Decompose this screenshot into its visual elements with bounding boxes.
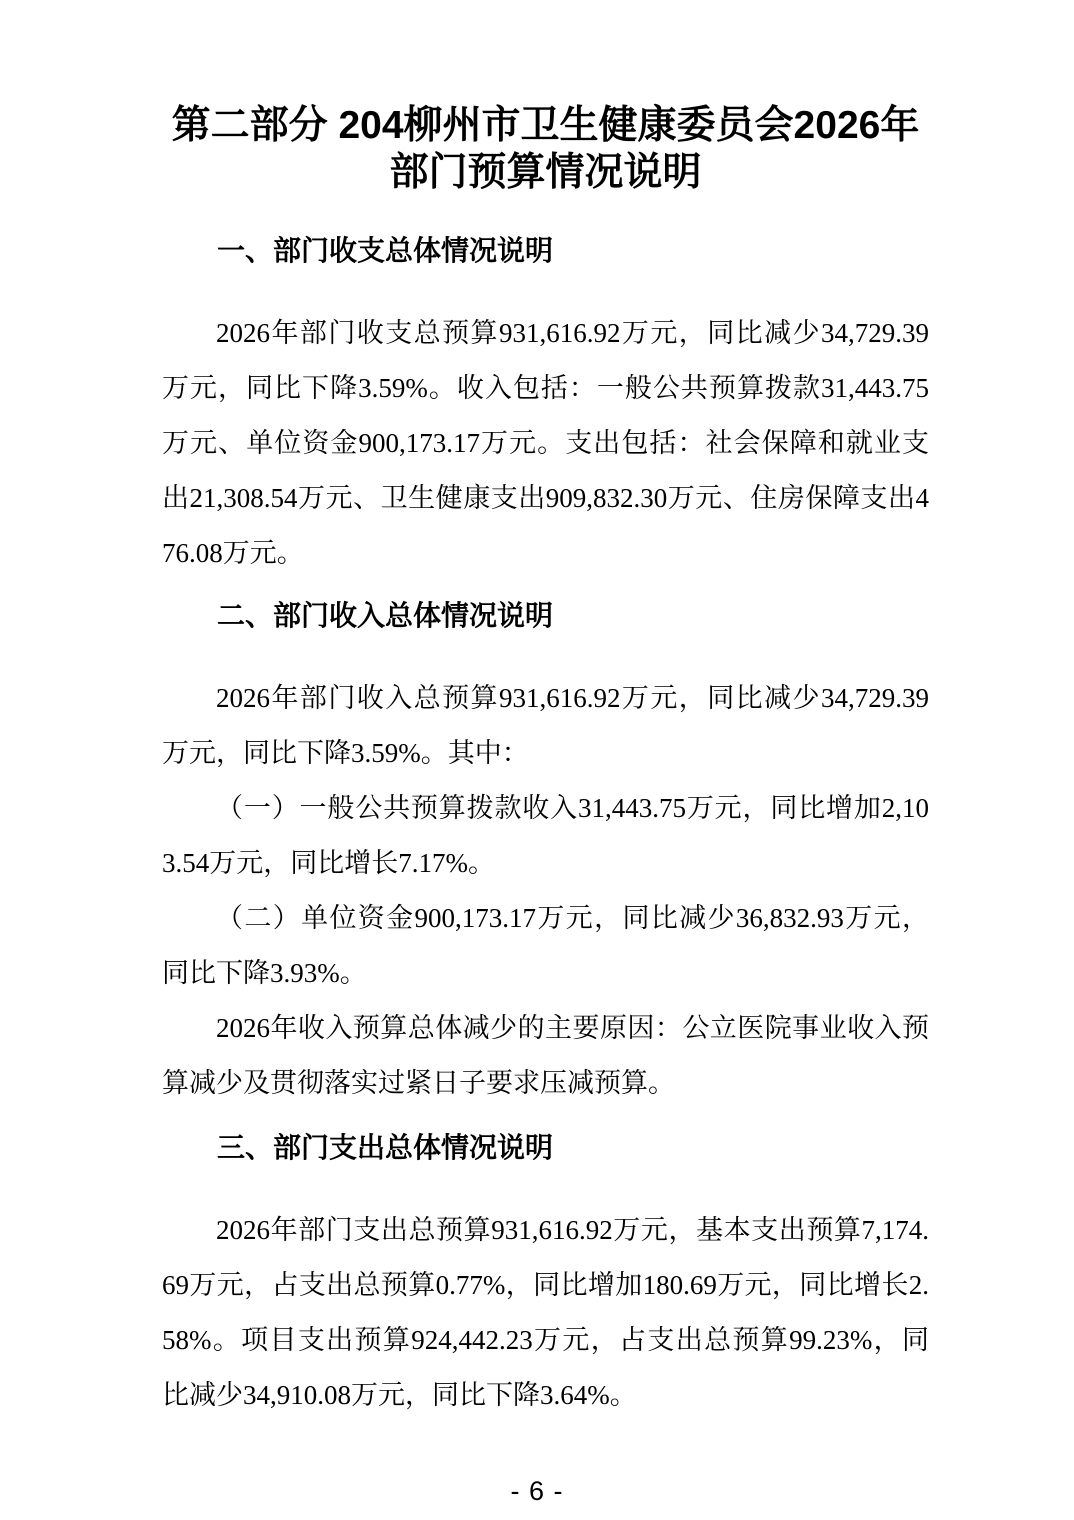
section-2-paragraph-4: 2026年收入预算总体减少的主要原因：公立医院事业收入预算减少及贯彻落实过紧日子… bbox=[162, 1001, 929, 1111]
section-2-paragraph-3: （二）单位资金900,173.17万元，同比减少36,832.93万元，同比下降… bbox=[162, 891, 929, 1001]
section-2-heading: 二、部门收入总体情况说明 bbox=[162, 599, 929, 633]
document-title-line-1: 第二部分 204柳州市卫生健康委员会2026年 bbox=[162, 102, 929, 149]
section-2-paragraph-1: 2026年部门收入总预算931,616.92万元，同比减少34,729.39万元… bbox=[162, 671, 929, 781]
document-page: 第二部分 204柳州市卫生健康委员会2026年 部门预算情况说明 一、部门收支总… bbox=[0, 0, 1074, 1520]
document-title-line-2: 部门预算情况说明 bbox=[162, 149, 929, 196]
section-1-heading: 一、部门收支总体情况说明 bbox=[162, 234, 929, 268]
section-1-paragraph-1: 2026年部门收支总预算931,616.92万元，同比减少34,729.39万元… bbox=[162, 306, 929, 581]
section-3-heading: 三、部门支出总体情况说明 bbox=[162, 1131, 929, 1165]
section-2-paragraph-2: （一）一般公共预算拨款收入31,443.75万元，同比增加2,103.54万元，… bbox=[162, 781, 929, 891]
document-title: 第二部分 204柳州市卫生健康委员会2026年 部门预算情况说明 bbox=[162, 102, 929, 196]
page-number: - 6 - bbox=[0, 1476, 1074, 1506]
section-3-paragraph-1: 2026年部门支出总预算931,616.92万元，基本支出预算7,174.69万… bbox=[162, 1203, 929, 1423]
document-content: 第二部分 204柳州市卫生健康委员会2026年 部门预算情况说明 一、部门收支总… bbox=[0, 102, 1074, 1423]
